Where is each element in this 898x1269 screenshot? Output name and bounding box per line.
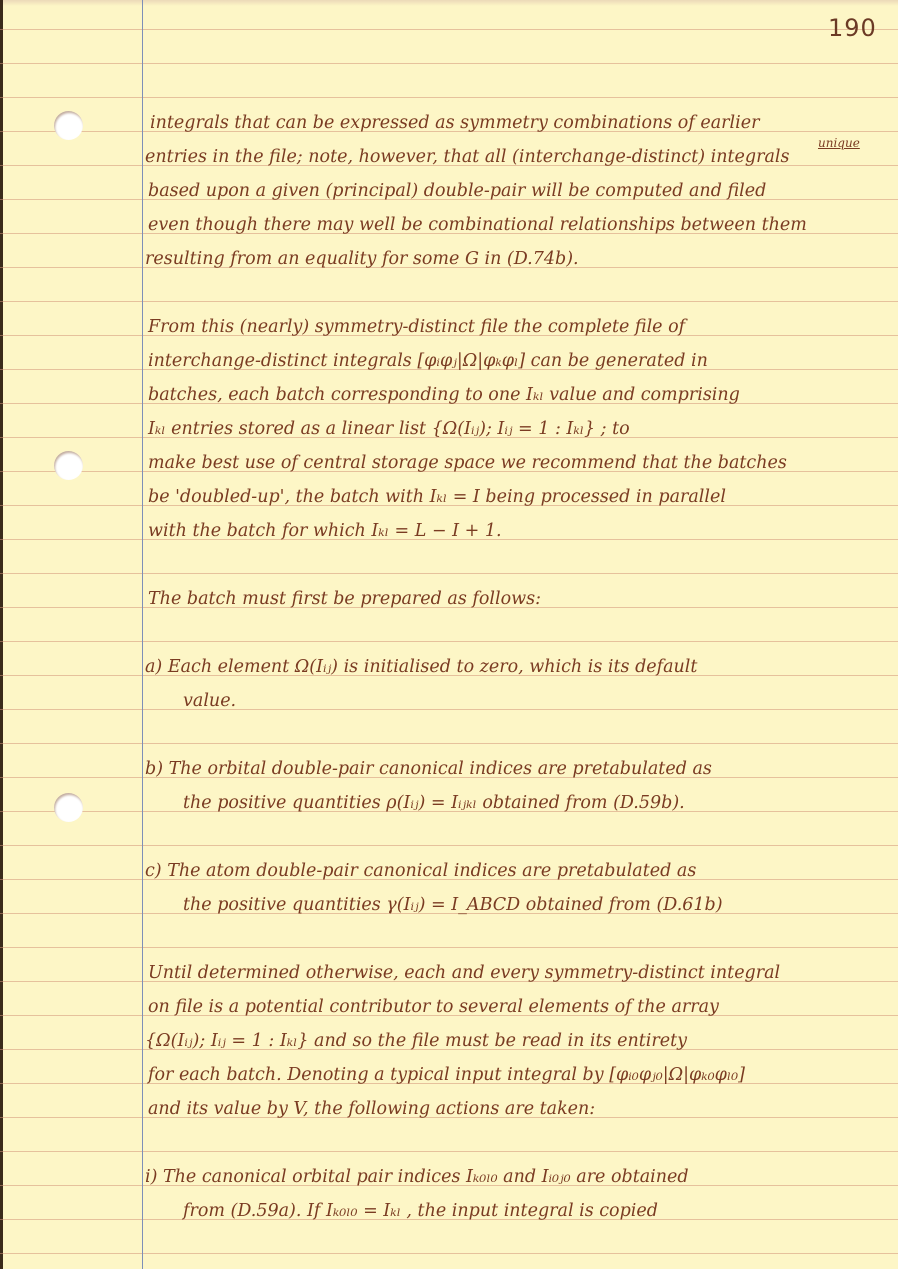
- text-line: batches, each batch corresponding to one…: [148, 385, 740, 405]
- text-line: with the batch for which Iₖₗ = L − I + 1…: [148, 521, 502, 541]
- notebook-page: 190 integrals that can be expressed as s…: [0, 0, 898, 1269]
- page-top-edge: [0, 0, 898, 6]
- ruled-line: [0, 743, 898, 744]
- text-line: Iₖₗ entries stored as a linear list {Ω(I…: [148, 419, 630, 439]
- inserted-word: unique: [818, 136, 860, 150]
- text-line: from (D.59a). If Iₖ₀ₗ₀ = Iₖₗ , the input…: [183, 1201, 658, 1221]
- ruled-line: [0, 573, 898, 574]
- margin-line: [142, 0, 143, 1269]
- ruled-line: [0, 29, 898, 30]
- ruled-line: [0, 301, 898, 302]
- text-line: integrals that can be expressed as symme…: [150, 113, 850, 133]
- text-line: The batch must first be prepared as foll…: [148, 589, 541, 609]
- list-item-i: i) The canonical orbital pair indices Iₖ…: [145, 1167, 689, 1187]
- text-line: for each batch. Denoting a typical input…: [148, 1065, 745, 1085]
- text-line: {Ω(Iᵢⱼ); Iᵢⱼ = 1 : Iₖₗ} and so the file …: [145, 1031, 687, 1051]
- text-line: entries in the file; note, however, that…: [145, 147, 790, 167]
- ruled-line: [0, 1151, 898, 1152]
- ruled-line: [0, 641, 898, 642]
- ruled-line: [0, 947, 898, 948]
- list-item-c: c) The atom double-pair canonical indice…: [145, 861, 696, 881]
- text-line: From this (nearly) symmetry-distinct fil…: [148, 317, 685, 337]
- ruled-line: [0, 845, 898, 846]
- text-line: based upon a given (principal) double-pa…: [148, 181, 766, 201]
- list-item-a: a) Each element Ω(Iᵢⱼ) is initialised to…: [145, 657, 697, 677]
- text-line: value.: [183, 691, 236, 711]
- text-line: and its value by V, the following action…: [148, 1099, 595, 1119]
- text-line: the positive quantities γ(Iᵢⱼ) = I_ABCD …: [183, 895, 723, 915]
- text-line: even though there may well be combinatio…: [148, 215, 807, 235]
- punch-hole: [54, 451, 83, 480]
- list-item-b: b) The orbital double-pair canonical ind…: [145, 759, 712, 779]
- text-line: interchange-distinct integrals [φᵢφⱼ|Ω|φ…: [148, 351, 708, 371]
- ruled-line: [0, 97, 898, 98]
- ruled-line: [0, 709, 898, 710]
- text-line: be 'doubled-up', the batch with Iₖₗ = I …: [148, 487, 726, 507]
- ruled-line: [0, 63, 898, 64]
- punch-hole: [54, 111, 83, 140]
- ruled-line: [0, 1253, 898, 1254]
- page-left-edge: [0, 0, 3, 1269]
- punch-hole: [54, 793, 83, 822]
- text-line: on file is a potential contributor to se…: [148, 997, 719, 1017]
- text-line: make best use of central storage space w…: [148, 453, 787, 473]
- text-line: resulting from an equality for some G in…: [145, 249, 579, 269]
- text-line: the positive quantities ρ(Iᵢⱼ) = Iᵢⱼₖₗ o…: [183, 793, 685, 813]
- page-number: 190: [828, 14, 877, 42]
- text-line: Until determined otherwise, each and eve…: [148, 963, 780, 983]
